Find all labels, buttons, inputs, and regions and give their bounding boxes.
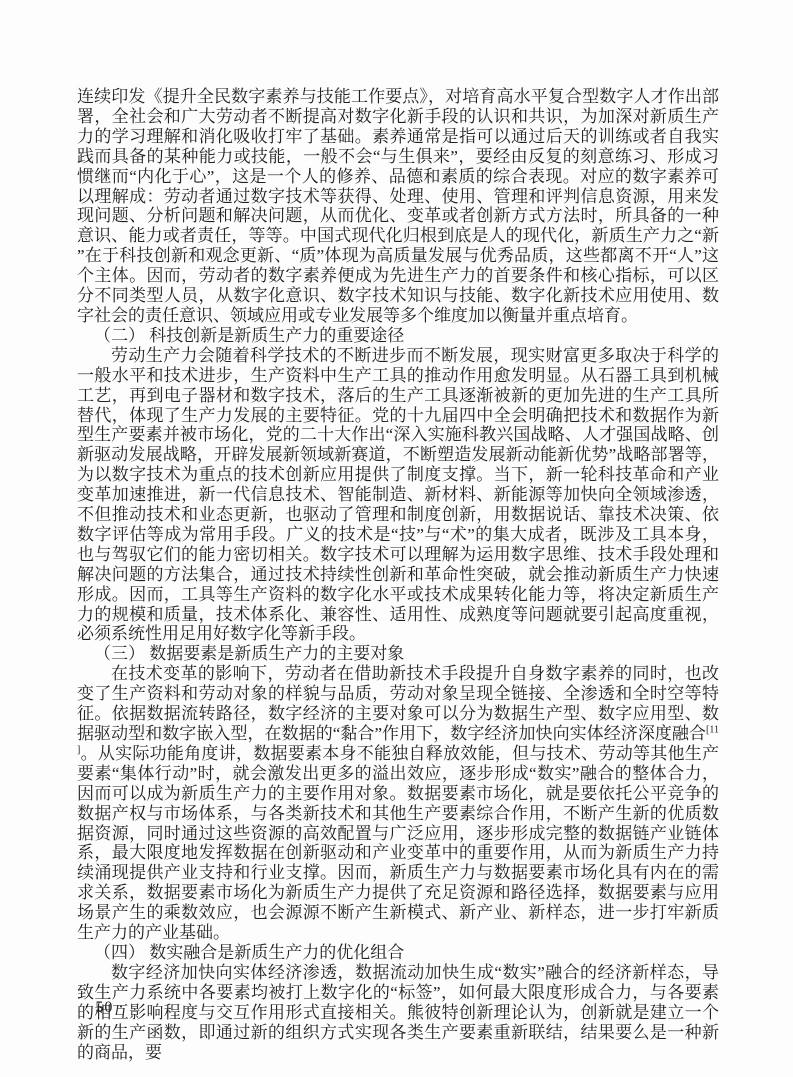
text-run: （三） 数据要素是新质生产力的主要对象: [94, 644, 404, 663]
body-paragraph: 在技术变革的影响下，劳动者在借助新技术手段提升自身数字素养的同时，也改变了生产资…: [77, 664, 719, 943]
body-paragraph: 数字经济加快向实体经济渗透，数据流动加快生成“数实”融合的经济新样态，导致生产力…: [77, 963, 719, 1063]
body-paragraph: 连续印发《提升全民数字素养与技能工作要点》，对培育高水平复合型数字人才作出部署，…: [77, 87, 719, 326]
text-run: 数字经济加快向实体经济渗透，数据流动加快生成“数实”融合的经济新样态，导致生产力…: [77, 963, 719, 1062]
text-run: 。从实际功能角度讲，数据要素本身不能独自释放效能，但与技术、劳动等其他生产要素“…: [77, 744, 719, 942]
section-heading: （二） 科技创新是新质生产力的重要途径: [77, 326, 719, 346]
text-run: （四） 数实融合是新质生产力的优化组合: [94, 943, 404, 962]
text-run: 劳动生产力会随着科学技术的不断进步而不断发展，现实财富更多取决于科学的一般水平和…: [77, 346, 719, 644]
document-body: 连续印发《提升全民数字素养与技能工作要点》，对培育高水平复合型数字人才作出部署，…: [77, 87, 719, 1062]
page-number: · 50 ·: [84, 999, 125, 1017]
document-page: 连续印发《提升全民数字素养与技能工作要点》，对培育高水平复合型数字人才作出部署，…: [0, 0, 793, 1077]
section-heading: （四） 数实融合是新质生产力的优化组合: [77, 943, 719, 963]
text-run: 在技术变革的影响下，劳动者在借助新技术手段提升自身数字素养的同时，也改变了生产资…: [77, 664, 719, 743]
text-run: （二） 科技创新是新质生产力的重要途径: [94, 326, 404, 345]
body-paragraph: 劳动生产力会随着科学技术的不断进步而不断发展，现实财富更多取决于科学的一般水平和…: [77, 346, 719, 645]
section-heading: （三） 数据要素是新质生产力的主要对象: [77, 644, 719, 664]
text-run: 连续印发《提升全民数字素养与技能工作要点》，对培育高水平复合型数字人才作出部署，…: [77, 87, 719, 325]
